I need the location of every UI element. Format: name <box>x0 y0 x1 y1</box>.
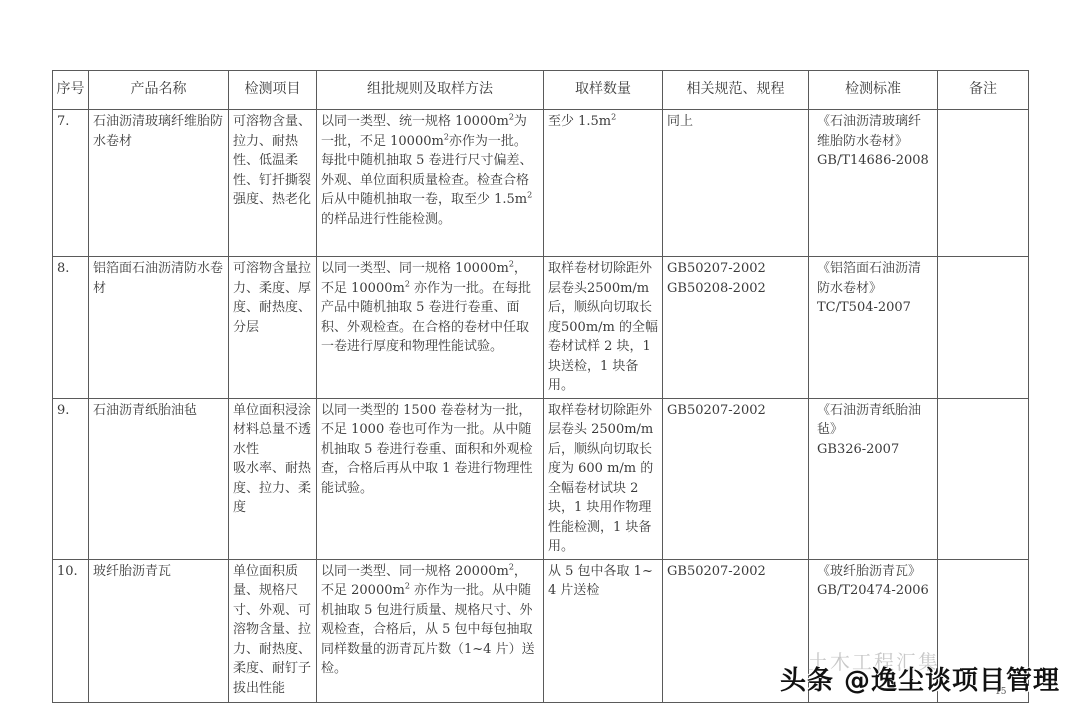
product-name: 铝箔面石油沥清防水卷材 <box>89 257 229 399</box>
standard-code: TC/T504-2007 <box>817 298 933 318</box>
header-related-codes: 相关规范、规程 <box>663 71 809 110</box>
code-line: GB50208-2002 <box>667 279 804 299</box>
superscript: 2 <box>527 191 532 200</box>
standard-title: 《石油沥清玻璃纤维胎防水卷材》 <box>817 112 933 151</box>
test-standard: 《石油沥清玻璃纤维胎防水卷材》GB/T14686-2008 <box>809 110 938 257</box>
sample-quantity: 至少 1.5m2 <box>544 110 663 257</box>
product-name: 玻纤胎沥青瓦 <box>89 559 229 702</box>
row-index: 9. <box>53 398 89 559</box>
document-page: 序号 产品名称 检测项目 组批规则及取样方法 取样数量 相关规范、规程 检测标准… <box>0 0 1080 709</box>
standard-code: GB/T20474-2006 <box>817 581 933 601</box>
table-row: 7. 石油沥清玻璃纤维胎防水卷材 可溶物含量、拉力、耐热性、低温柔性、钉扦撕裂强… <box>53 110 1029 257</box>
sample-quantity: 从 5 包中各取 1~4 片送检 <box>544 559 663 702</box>
header-test-standard: 检测标准 <box>809 71 938 110</box>
standard-code: GB326-2007 <box>817 440 933 460</box>
batch-rule: 以同一类型、同一规格 10000m2，不足 10000m2 亦作为一批。在每批产… <box>317 257 544 399</box>
row-index: 7. <box>53 110 89 257</box>
table-row: 8. 铝箔面石油沥清防水卷材 可溶物含量拉力、柔度、厚度、耐热度、分层 以同一类… <box>53 257 1029 399</box>
batch-rule: 以同一类型、统一规格 10000m2为一批，不足 10000m2亦作为一批。每批… <box>317 110 544 257</box>
header-test-items: 检测项目 <box>229 71 317 110</box>
batch-rule: 以同一类型、同一规格 20000m2，不足 20000m2 亦作为一批。从中随机… <box>317 559 544 702</box>
watermark: 头条 @逸尘谈项目管理 <box>780 660 1060 697</box>
standard-code: GB/T14686-2008 <box>817 151 933 171</box>
header-batch-rule: 组批规则及取样方法 <box>317 71 544 110</box>
text-segment: 以同一类型、统一规格 10000m <box>321 114 509 129</box>
table-header-row: 序号 产品名称 检测项目 组批规则及取样方法 取样数量 相关规范、规程 检测标准… <box>53 71 1029 110</box>
product-name: 石油沥青纸胎油毡 <box>89 398 229 559</box>
inspection-table: 序号 产品名称 检测项目 组批规则及取样方法 取样数量 相关规范、规程 检测标准… <box>52 70 1029 703</box>
remark <box>938 257 1029 399</box>
sample-quantity: 取样卷材切除距外层卷头2500m/m 后，顺纵向切取长度500m/m 的全幅卷材… <box>544 257 663 399</box>
related-codes: 同上 <box>663 110 809 257</box>
remark <box>938 398 1029 559</box>
text-segment: 以同一类型、同一规格 20000m <box>321 564 509 579</box>
test-standard: 《铝箔面石油沥清防水卷材》TC/T504-2007 <box>809 257 938 399</box>
test-standard: 《石油沥青纸胎油毡》GB326-2007 <box>809 398 938 559</box>
product-name: 石油沥清玻璃纤维胎防水卷材 <box>89 110 229 257</box>
header-product-name: 产品名称 <box>89 71 229 110</box>
superscript: 2 <box>611 113 616 122</box>
row-index: 8. <box>53 257 89 399</box>
header-sample-quantity: 取样数量 <box>544 71 663 110</box>
remark <box>938 110 1029 257</box>
items-line: 吸水率、耐热度、拉力、柔度 <box>233 459 312 518</box>
test-items: 可溶物含量拉力、柔度、厚度、耐热度、分层 <box>229 257 317 399</box>
text-segment: 的样品进行性能检测。 <box>321 212 451 227</box>
standard-title: 《玻纤胎沥青瓦》 <box>817 562 933 582</box>
header-index: 序号 <box>53 71 89 110</box>
table-row: 9. 石油沥青纸胎油毡 单位面积浸涂材料总量不透水性吸水率、耐热度、拉力、柔度 … <box>53 398 1029 559</box>
text-segment: 至少 1.5m <box>548 114 611 129</box>
code-line: GB50207-2002 <box>667 259 804 279</box>
items-line: 单位面积浸涂材料总量不透水性 <box>233 401 312 460</box>
row-index: 10. <box>53 559 89 702</box>
test-items: 单位面积浸涂材料总量不透水性吸水率、耐热度、拉力、柔度 <box>229 398 317 559</box>
test-items: 可溶物含量、拉力、耐热性、低温柔性、钉扦撕裂强度、热老化 <box>229 110 317 257</box>
header-remark: 备注 <box>938 71 1029 110</box>
text-segment: 以同一类型、同一规格 10000m <box>321 261 509 276</box>
standard-title: 《铝箔面石油沥清防水卷材》 <box>817 259 933 298</box>
standard-title: 《石油沥青纸胎油毡》 <box>817 401 933 440</box>
related-codes: GB50207-2002 <box>663 398 809 559</box>
sample-quantity: 取样卷材切除距外层卷头 2500m/m 后，顺纵向切取长度为 600 m/m 的… <box>544 398 663 559</box>
batch-rule: 以同一类型的 1500 卷卷材为一批，不足 1000 卷也可作为一批。从中随机抽… <box>317 398 544 559</box>
related-codes: GB50207-2002GB50208-2002 <box>663 257 809 399</box>
page-number: 15 <box>995 687 1006 697</box>
test-items: 单位面积质量、规格尺寸、外观、可溶物含量、拉力、耐热度、柔度、耐钉子拔出性能 <box>229 559 317 702</box>
